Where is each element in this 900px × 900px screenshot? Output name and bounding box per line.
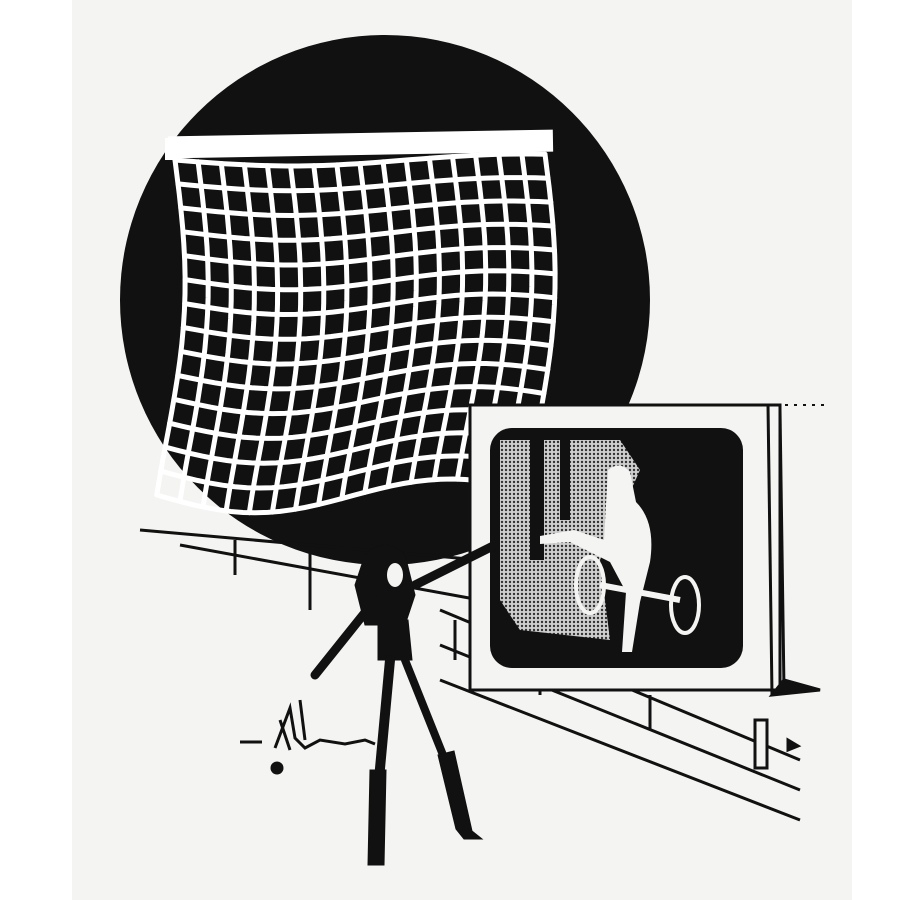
woman-pointing: [315, 545, 495, 865]
ink-drawing: [0, 0, 900, 900]
illustration-canvas: [0, 0, 900, 900]
artist-signature: [240, 700, 375, 773]
billboard-screen: [470, 405, 830, 690]
